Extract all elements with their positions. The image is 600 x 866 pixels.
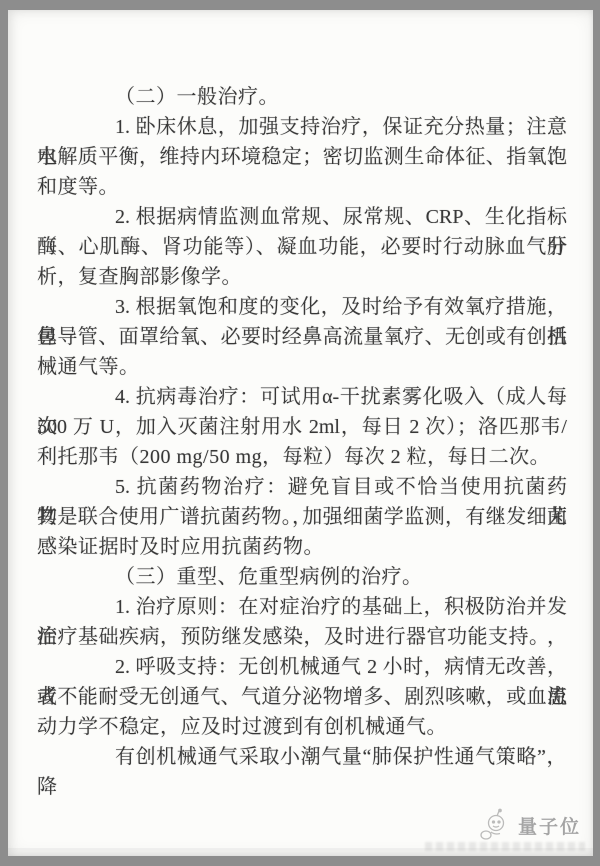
text-line: 利托那韦（200 mg/50 mg，每粒）每次 2 粒，每日二次。	[37, 442, 567, 472]
text-line: 析，复查胸部影像学。	[37, 262, 567, 292]
text-line: 电解质平衡，维持内环境稳定；密切监测生命体征、指氧饱	[37, 142, 567, 172]
text-line: 者不能耐受无创通气、气道分泌物增多、剧烈咳嗽，或血流	[37, 682, 567, 712]
document-body: （二）一般治疗。1. 卧床休息，加强支持治疗，保证充分热量；注意水、电解质平衡，…	[37, 82, 567, 772]
text-line: 治疗基础疾病，预防继发感染，及时进行器官功能支持。	[37, 622, 567, 652]
text-line: 3. 根据氧饱和度的变化，及时给予有效氧疗措施，包括	[37, 292, 567, 322]
text-line: 1. 治疗原则：在对症治疗的基础上，积极防治并发症，	[37, 592, 567, 622]
text-line: （二）一般治疗。	[37, 82, 567, 112]
text-line: 械通气等。	[37, 352, 567, 382]
text-line: 酶、心肌酶、肾功能等）、凝血功能，必要时行动脉血气分	[37, 232, 567, 262]
text-line: 2. 呼吸支持：无创机械通气 2 小时，病情无改善，或患	[37, 652, 567, 682]
watermark-text: 量子位	[518, 812, 581, 839]
text-line: 4. 抗病毒治疗：可试用α-干扰素雾化吸入（成人每次	[37, 382, 567, 412]
watermark-faint-subtext	[425, 842, 585, 851]
text-line: 有创机械通气采取小潮气量“肺保护性通气策略”，降	[37, 742, 567, 772]
text-line: （三）重型、危重型病例的治疗。	[37, 562, 567, 592]
text-line: 500 万 U，加入灭菌注射用水 2ml，每日 2 次）；洛匹那韦/	[37, 412, 567, 442]
document-page: （二）一般治疗。1. 卧床休息，加强支持治疗，保证充分热量；注意水、电解质平衡，…	[8, 10, 593, 856]
text-line: 感染证据时及时应用抗菌药物。	[37, 532, 567, 562]
text-line: 其是联合使用广谱抗菌药物。加强细菌学监测，有继发细菌	[37, 502, 567, 532]
text-line: 1. 卧床休息，加强支持治疗，保证充分热量；注意水、	[37, 112, 567, 142]
qbitai-robot-icon	[479, 808, 513, 842]
watermark: 量子位	[479, 808, 581, 842]
text-line: 和度等。	[37, 172, 567, 202]
scan-background: { "page": { "frame_color": "#8d8d8d", "p…	[0, 0, 600, 866]
text-line: 动力学不稳定，应及时过渡到有创机械通气。	[37, 712, 567, 742]
text-line: 5. 抗菌药物治疗：避免盲目或不恰当使用抗菌药物，尤	[37, 472, 567, 502]
text-line: 鼻导管、面罩给氧、必要时经鼻高流量氧疗、无创或有创机	[37, 322, 567, 352]
text-line: 2. 根据病情监测血常规、尿常规、CRP、生化指标（肝	[37, 202, 567, 232]
